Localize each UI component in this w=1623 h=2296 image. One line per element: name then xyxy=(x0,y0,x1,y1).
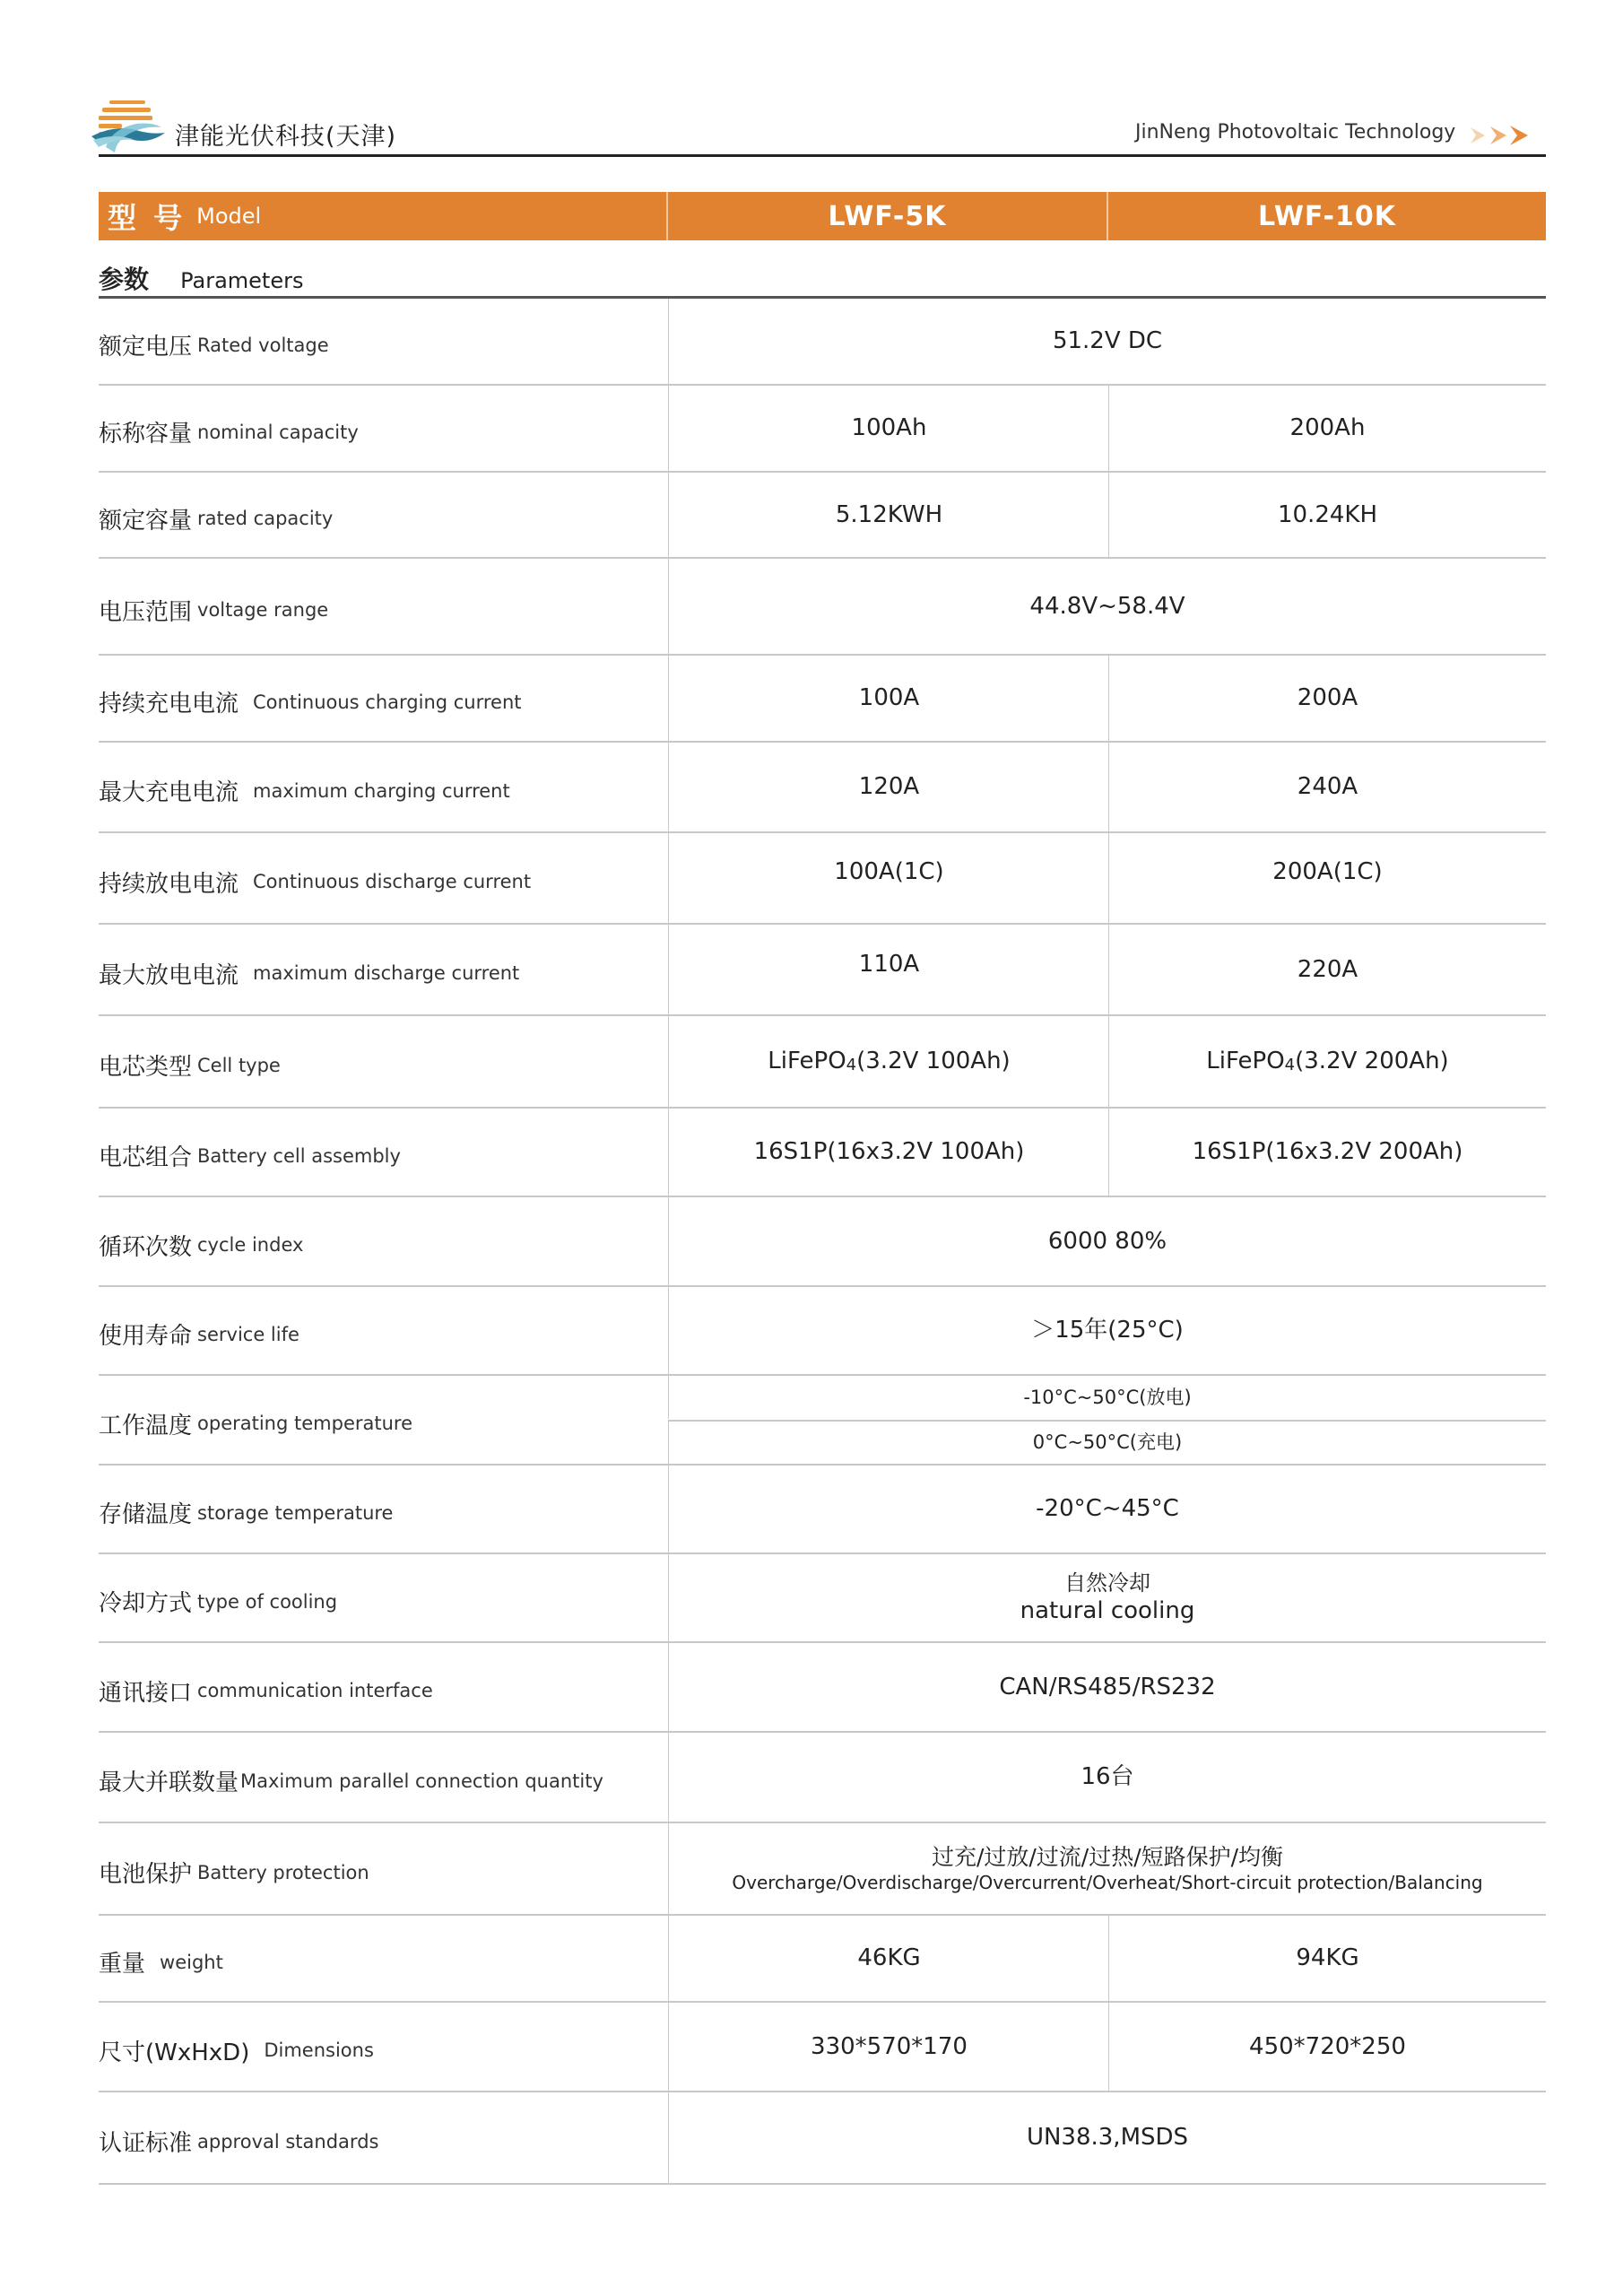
label-en: communication interface xyxy=(197,1680,433,1701)
label-cn: 工作温度 xyxy=(99,1407,192,1440)
label-en: Dimensions xyxy=(264,2039,374,2061)
label-cn: 电压范围 xyxy=(99,594,192,627)
label-en: Maximum parallel connection quantity xyxy=(240,1770,603,1792)
row-label: 通讯接口communication interface xyxy=(99,1643,668,1731)
label-en: maximum discharge current xyxy=(253,962,519,984)
header-divider xyxy=(99,154,1546,157)
value-all-models: 44.8V~58.4V xyxy=(668,559,1546,654)
value-en: Overcharge/Overdischarge/Overcurrent/Ove… xyxy=(732,1872,1482,1894)
row-label: 最大放电电流maximum discharge current xyxy=(99,925,668,1014)
row-label: 尺寸(WxHxD)Dimensions xyxy=(99,2003,668,2091)
value-all-models: 16台 xyxy=(668,1733,1546,1822)
value-discharge-temp: -10°C~50°C(放电) xyxy=(668,1376,1546,1419)
value-all-models: 51.2V DC xyxy=(668,299,1546,384)
spec-row-cell-type: 电芯类型Cell type LiFePO4(3.2V 100Ah) LiFePO… xyxy=(99,1016,1546,1109)
value-lwf-10k: 16S1P(16x3.2V 200Ah) xyxy=(1108,1109,1546,1196)
label-en: cycle index xyxy=(197,1234,303,1256)
label-en: service life xyxy=(197,1324,299,1345)
label-cn: 标称容量 xyxy=(99,415,192,448)
spec-row-nominal-capacity: 标称容量nominal capacity 100Ah 200Ah xyxy=(99,386,1546,473)
value-lwf-5k: 100A xyxy=(668,656,1109,741)
value-lwf-10k: LiFePO4(3.2V 200Ah) xyxy=(1108,1016,1546,1107)
spec-row-battery-cell-assembly: 电芯组合Battery cell assembly 16S1P(16x3.2V … xyxy=(99,1109,1546,1197)
row-label: 最大充电电流maximum charging current xyxy=(99,743,668,831)
spec-row-voltage-range: 电压范围voltage range 44.8V~58.4V xyxy=(99,559,1546,656)
label-en: storage temperature xyxy=(197,1502,393,1524)
value-lwf-10k: 200Ah xyxy=(1108,386,1546,471)
company-logo-icon xyxy=(90,97,170,156)
label-cn: 额定容量 xyxy=(99,502,192,535)
label-cn: 冷却方式 xyxy=(99,1585,192,1618)
value-lwf-10k: 240A xyxy=(1108,743,1546,831)
row-label: 工作温度operating temperature xyxy=(99,1376,668,1464)
row-label: 电池保护Battery protection xyxy=(99,1823,668,1914)
company-name-cn: 津能光伏科技(天津) xyxy=(175,117,396,152)
label-cn: 最大放电电流 xyxy=(99,957,239,990)
label-cn: 持续放电电流 xyxy=(99,865,239,899)
row-label: 电芯类型Cell type xyxy=(99,1016,668,1107)
spec-row-communication-interface: 通讯接口communication interface CAN/RS485/RS… xyxy=(99,1643,1546,1733)
label-cn: 最大并联数量 xyxy=(99,1764,239,1797)
row-label: 存储温度storage temperature xyxy=(99,1465,668,1552)
value-lwf-5k: 100Ah xyxy=(668,386,1109,471)
label-cn: 存储温度 xyxy=(99,1496,192,1529)
label-en: Battery cell assembly xyxy=(197,1145,401,1167)
label-en: operating temperature xyxy=(197,1413,412,1434)
label-en: maximum charging current xyxy=(253,780,510,802)
company-name-en: JinNeng Photovoltaic Technology xyxy=(1135,121,1455,143)
label-cn: 额定电压 xyxy=(99,328,192,361)
model-name-lwf-10k: LWF-10K xyxy=(1108,192,1546,240)
label-en: type of cooling xyxy=(197,1591,337,1613)
double-chevron-right-icon xyxy=(1463,122,1544,149)
model-label-cell: 型 号 Model xyxy=(99,192,668,240)
spec-row-dimensions: 尺寸(WxHxD)Dimensions 330*570*170 450*720*… xyxy=(99,2003,1546,2092)
cell-spec: (3.2V 100Ah) xyxy=(856,1048,1011,1074)
spec-row-approval-standards: 认证标准approval standards UN38.3,MSDS xyxy=(99,2092,1546,2185)
row-label: 持续充电电流Continuous charging current xyxy=(99,656,668,741)
spec-row-cycle-index: 循环次数cycle index 6000 80% xyxy=(99,1197,1546,1287)
label-cn: 使用寿命 xyxy=(99,1318,192,1351)
label-cn: 循环次数 xyxy=(99,1229,192,1262)
label-en: Rated voltage xyxy=(197,335,329,356)
chem-formula: LiFePO xyxy=(1206,1048,1284,1074)
value-en: natural cooling xyxy=(1020,1596,1195,1626)
value-lwf-10k: 220A xyxy=(1108,925,1546,1014)
value-cn: 过充/过放/过流/过热/短路保护/均衡 xyxy=(932,1843,1283,1871)
spec-row-battery-protection: 电池保护Battery protection 过充/过放/过流/过热/短路保护/… xyxy=(99,1823,1546,1916)
model-label-cn: 型 号 xyxy=(108,196,186,237)
row-label: 电压范围voltage range xyxy=(99,559,668,654)
value-lwf-10k: 200A xyxy=(1108,656,1546,741)
spec-row-continuous-charging-current: 持续充电电流Continuous charging current 100A 2… xyxy=(99,656,1546,743)
value-all-models: ＞15年(25°C) xyxy=(668,1287,1546,1374)
spec-row-weight: 重量weight 46KG 94KG xyxy=(99,1916,1546,2003)
value-lwf-5k: 100A(1C) xyxy=(668,833,1109,923)
spec-row-operating-temperature: 工作温度operating temperature -10°C~50°C(放电)… xyxy=(99,1376,1546,1465)
label-en: approval standards xyxy=(197,2131,378,2152)
value-all-models: -20°C~45°C xyxy=(668,1465,1546,1552)
label-en: rated capacity xyxy=(197,508,333,529)
value-lwf-5k: 110A xyxy=(668,925,1109,1014)
row-label: 循环次数cycle index xyxy=(99,1197,668,1285)
value-cn: 自然冷却 xyxy=(1064,1570,1150,1596)
value-lwf-5k: 120A xyxy=(668,743,1109,831)
chem-subscript: 4 xyxy=(1285,1056,1295,1074)
value-all-models: CAN/RS485/RS232 xyxy=(668,1643,1546,1731)
label-cn: 持续充电电流 xyxy=(99,685,239,718)
value-lwf-5k: 5.12KWH xyxy=(668,473,1109,557)
row-label: 标称容量nominal capacity xyxy=(99,386,668,471)
value-charge-temp: 0°C~50°C(充电) xyxy=(668,1421,1546,1464)
row-label: 电芯组合Battery cell assembly xyxy=(99,1109,668,1196)
label-en: nominal capacity xyxy=(197,422,359,443)
row-label: 重量weight xyxy=(99,1916,668,2001)
model-header-bar: 型 号 Model LWF-5K LWF-10K xyxy=(99,192,1546,240)
value-lwf-5k: 46KG xyxy=(668,1916,1109,2001)
spec-row-max-charging-current: 最大充电电流maximum charging current 120A 240A xyxy=(99,743,1546,833)
label-en: Battery protection xyxy=(197,1862,369,1883)
value-lwf-5k: 330*570*170 xyxy=(668,2003,1109,2091)
chem-formula: LiFePO xyxy=(768,1048,846,1074)
label-cn: 通讯接口 xyxy=(99,1674,192,1708)
label-cn: 认证标准 xyxy=(99,2125,192,2158)
cell-spec: (3.2V 200Ah) xyxy=(1295,1048,1449,1074)
model-name-lwf-5k: LWF-5K xyxy=(668,192,1108,240)
spec-row-service-life: 使用寿命service life ＞15年(25°C) xyxy=(99,1287,1546,1376)
label-cn: 最大充电电流 xyxy=(99,774,239,807)
spec-row-storage-temperature: 存储温度storage temperature -20°C~45°C xyxy=(99,1465,1546,1554)
value-all-models: 6000 80% xyxy=(668,1197,1546,1285)
row-label: 冷却方式type of cooling xyxy=(99,1554,668,1641)
label-cn: 尺寸(WxHxD) xyxy=(99,2034,249,2067)
spec-row-rated-capacity: 额定容量rated capacity 5.12KWH 10.24KH xyxy=(99,473,1546,559)
label-en: Continuous discharge current xyxy=(253,871,531,892)
row-label: 额定容量rated capacity xyxy=(99,473,668,557)
label-cn: 电池保护 xyxy=(99,1856,192,1889)
value-all-models: 自然冷却 natural cooling xyxy=(668,1554,1546,1641)
parameters-heading-en: Parameters xyxy=(180,268,303,293)
label-cn: 电芯组合 xyxy=(99,1139,192,1172)
parameters-heading: 参数 Parameters xyxy=(99,260,303,296)
spec-row-rated-voltage: 额定电压Rated voltage 51.2V DC xyxy=(99,299,1546,386)
value-lwf-10k: 10.24KH xyxy=(1108,473,1546,557)
label-en: Cell type xyxy=(197,1055,281,1076)
value-lwf-10k: 94KG xyxy=(1108,1916,1546,2001)
spec-row-max-discharge-current: 最大放电电流maximum discharge current 110A 220… xyxy=(99,925,1546,1016)
spec-row-type-of-cooling: 冷却方式type of cooling 自然冷却 natural cooling xyxy=(99,1554,1546,1643)
value-lwf-5k: 16S1P(16x3.2V 100Ah) xyxy=(668,1109,1109,1196)
spec-row-max-parallel-quantity: 最大并联数量Maximum parallel connection quanti… xyxy=(99,1733,1546,1823)
label-cn: 重量 xyxy=(99,1945,145,1979)
label-en: voltage range xyxy=(197,599,328,621)
chem-subscript: 4 xyxy=(846,1056,856,1074)
row-label: 额定电压Rated voltage xyxy=(99,299,668,384)
label-en: Continuous charging current xyxy=(253,691,522,713)
label-cn: 电芯类型 xyxy=(99,1048,192,1082)
row-label: 使用寿命service life xyxy=(99,1287,668,1374)
value-lwf-10k: 200A(1C) xyxy=(1108,833,1546,923)
row-label: 最大并联数量Maximum parallel connection quanti… xyxy=(99,1733,668,1822)
label-en: weight xyxy=(160,1952,223,1973)
row-label: 认证标准approval standards xyxy=(99,2092,668,2183)
value-all-models: UN38.3,MSDS xyxy=(668,2092,1546,2183)
value-lwf-5k: LiFePO4(3.2V 100Ah) xyxy=(668,1016,1109,1107)
row-label: 持续放电电流Continuous discharge current xyxy=(99,833,668,923)
spec-row-continuous-discharge-current: 持续放电电流Continuous discharge current 100A(… xyxy=(99,833,1546,925)
value-lwf-10k: 450*720*250 xyxy=(1108,2003,1546,2091)
model-label-en: Model xyxy=(196,204,261,229)
parameters-heading-cn: 参数 xyxy=(99,265,149,294)
value-all-models: 过充/过放/过流/过热/短路保护/均衡 Overcharge/Overdisch… xyxy=(668,1823,1546,1914)
